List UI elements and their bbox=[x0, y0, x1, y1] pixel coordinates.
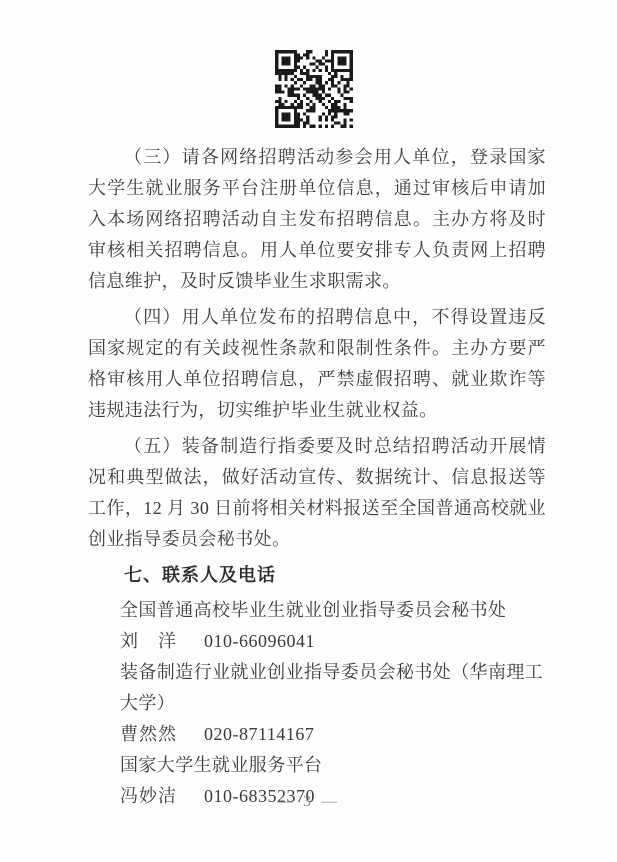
document-page: （三）请各网络招聘活动参会用人单位，登录国家大学生就业服务平台注册单位信息，通过… bbox=[0, 0, 617, 862]
section-heading-contacts: 七、联系人及电话 bbox=[88, 560, 546, 591]
page-number: — 3 — bbox=[0, 793, 617, 811]
contact-phone: 010-66096041 bbox=[204, 626, 315, 657]
contact-org-equipment-committee: 装备制造行业就业创业指导委员会秘书处（华南理工大学） bbox=[120, 657, 546, 719]
document-body: （三）请各网络招聘活动参会用人单位，登录国家大学生就业服务平台注册单位信息，通过… bbox=[88, 142, 546, 812]
contact-person-liu-yang: 刘 洋 010-66096041 bbox=[120, 626, 546, 657]
qr-code-icon bbox=[268, 44, 360, 134]
paragraph-item-3: （三）请各网络招聘活动参会用人单位，登录国家大学生就业服务平台注册单位信息，通过… bbox=[88, 142, 546, 297]
paragraph-item-5: （五）装备制造行指委要及时总结招聘活动开展情况和典型做法，做好活动宣传、数据统计… bbox=[88, 431, 546, 555]
contact-list: 全国普通高校毕业生就业创业指导委员会秘书处 刘 洋 010-66096041 装… bbox=[88, 595, 546, 812]
contact-name: 曹然然 bbox=[120, 719, 204, 750]
contact-person-cao-ranran: 曹然然 020-87114167 bbox=[120, 719, 546, 750]
contact-org-national-platform: 国家大学生就业服务平台 bbox=[120, 750, 546, 781]
paragraph-item-4: （四）用人单位发布的招聘信息中，不得设置违反国家规定的有关歧视性条款和限制性条件… bbox=[88, 302, 546, 426]
contact-phone: 020-87114167 bbox=[204, 719, 314, 750]
qr-code-image bbox=[268, 44, 360, 134]
contact-name: 刘 洋 bbox=[120, 626, 204, 657]
contact-org-national-committee: 全国普通高校毕业生就业创业指导委员会秘书处 bbox=[120, 595, 546, 626]
